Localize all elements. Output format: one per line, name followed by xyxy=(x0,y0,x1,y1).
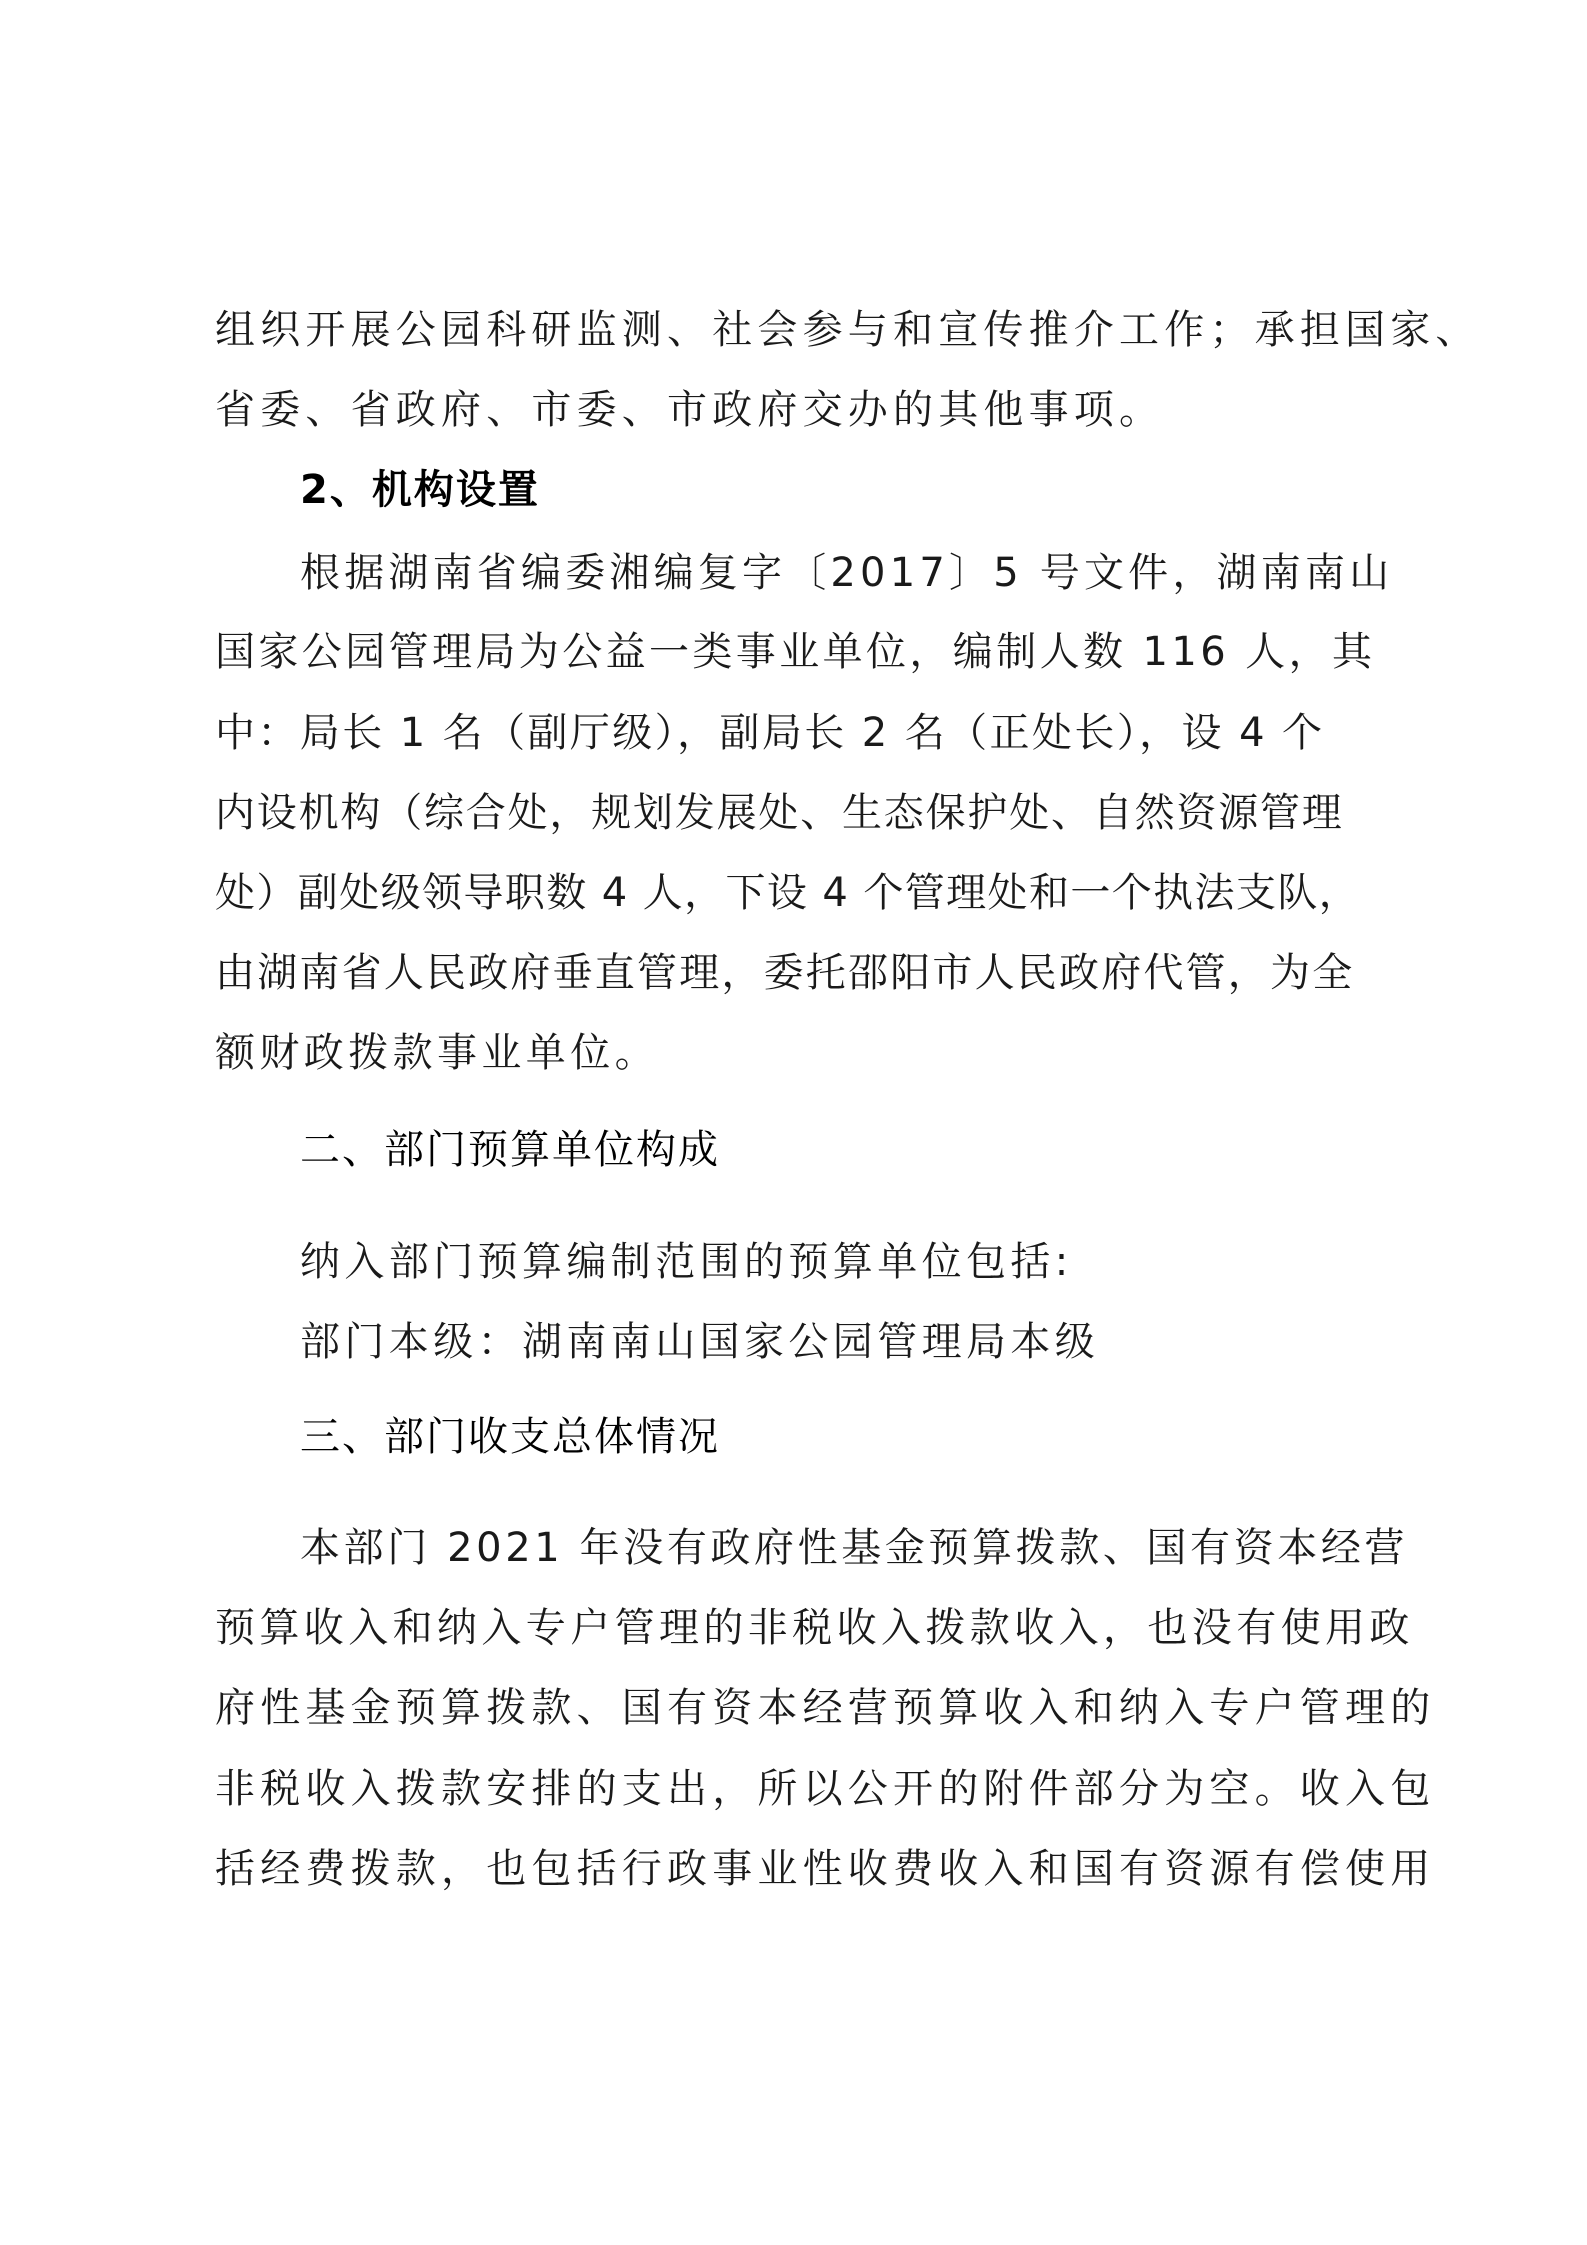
section-heading-org-structure: 2、机构设置 xyxy=(300,466,540,514)
body-text-line: 内设机构（综合处，规划发展处、生态保护处、自然资源管理 xyxy=(215,789,1344,837)
body-text-line: 非税收入拨款安排的支出，所以公开的附件部分为空。收入包 xyxy=(215,1765,1435,1813)
body-text-line: 纳入部门预算编制范围的预算单位包括: xyxy=(300,1238,1073,1286)
body-text-line: 本部门 2021 年没有政府性基金预算拨款、国有资本经营 xyxy=(300,1524,1408,1572)
body-text-line: 由湖南省人民政府垂直管理，委托邵阳市人民政府代管，为全 xyxy=(215,949,1354,997)
body-text-line: 中：局长 1 名（副厅级），副局长 2 名（正处长），设 4 个 xyxy=(215,709,1324,757)
body-text-line: 组织开展公园科研监测、社会参与和宣传推介工作；承担国家、 xyxy=(215,306,1387,354)
body-text-line: 根据湖南省编委湘编复字〔2017〕5 号文件，湖南南山 xyxy=(300,549,1393,597)
section-heading-revenue-expenditure: 三、部门收支总体情况 xyxy=(300,1413,720,1461)
section-heading-budget-units: 二、部门预算单位构成 xyxy=(300,1126,720,1174)
body-text-line: 预算收入和纳入专户管理的非税收入拨款收入，也没有使用政 xyxy=(215,1604,1414,1652)
body-text-line: 省委、省政府、市委、市政府交办的其他事项。 xyxy=(215,386,1164,434)
body-text-line: 处）副处级领导职数 4 人，下设 4 个管理处和一个执法支队， xyxy=(215,869,1360,917)
body-text-line: 国家公园管理局为公益一类事业单位，编制人数 116 人，其 xyxy=(215,628,1375,676)
body-text-line: 括经费拨款，也包括行政事业性收费收入和国有资源有偿使用 xyxy=(215,1845,1435,1893)
body-text-line: 额财政拨款事业单位。 xyxy=(215,1029,659,1077)
body-text-line: 府性基金预算拨款、国有资本经营预算收入和纳入专户管理的 xyxy=(215,1684,1435,1732)
body-text-line: 部门本级：湖南南山国家公园管理局本级 xyxy=(300,1318,1099,1366)
